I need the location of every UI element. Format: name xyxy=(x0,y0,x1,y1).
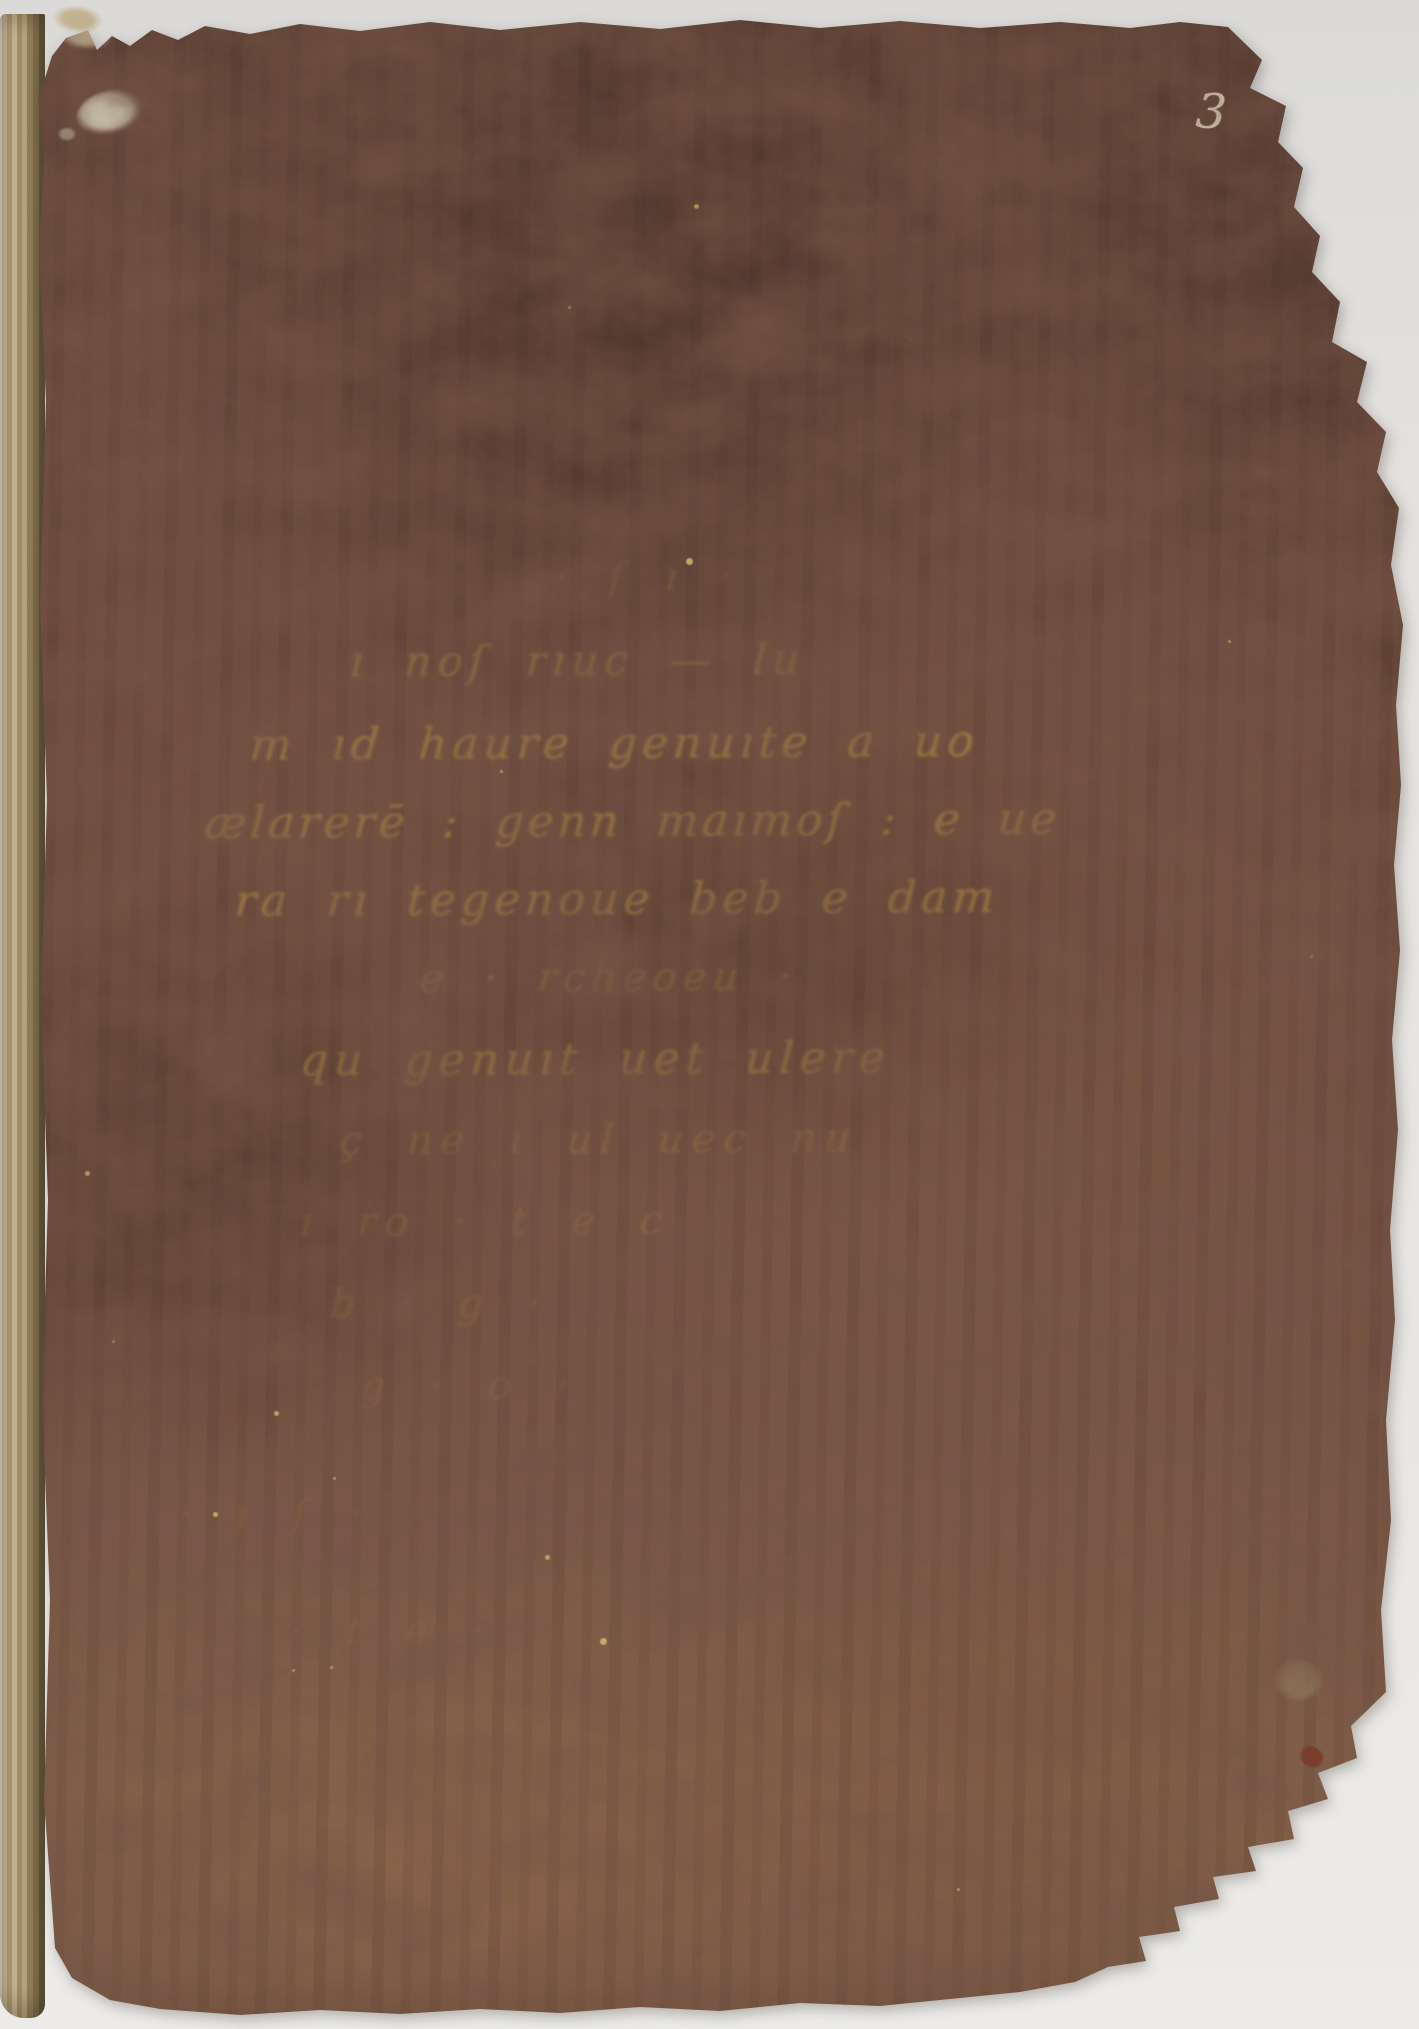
gold-script-line: · t e · xyxy=(289,1611,494,1650)
parchment-page: 3 · ſ ı ·ı noſ rıuc — lum ıd haure genuı… xyxy=(0,0,1419,2029)
gold-script-line: m ıd haure genuıte a uo xyxy=(248,720,980,768)
gold-script-line: ı noſ rıuc — lu xyxy=(349,639,807,683)
parchment-page-shadow: 3 · ſ ı ·ı noſ rıuc — lum ıd haure genuı… xyxy=(0,0,1419,2029)
manuscript-photo: 3 · ſ ı ·ı noſ rıuc — lum ıd haure genuı… xyxy=(0,0,1419,2029)
gold-script-block: · ſ ı ·ı noſ rıuc — lum ıd haure genuıte… xyxy=(0,0,1419,2029)
gold-script-line: ra rı tegenoue beb e dam xyxy=(233,876,1000,924)
gold-script-line: ælarerē : genn maımoſ : e ue xyxy=(203,798,1061,846)
gold-script-line: ı ro · t e c xyxy=(299,1201,672,1243)
gold-fleck-specks xyxy=(0,0,3,3)
gold-script-line: · ſ ı · xyxy=(554,558,740,597)
gold-script-line: ç ne ı ul uec nu xyxy=(339,1119,860,1162)
gold-script-line: e · rcheoeu · xyxy=(419,957,799,999)
gold-script-line: · ı ſ · xyxy=(179,1495,372,1534)
gold-script-line: g · o · xyxy=(359,1365,579,1406)
gold-script-line: qu genuıt uet ulere xyxy=(298,1036,892,1083)
gold-script-line: b · g · xyxy=(329,1283,550,1324)
